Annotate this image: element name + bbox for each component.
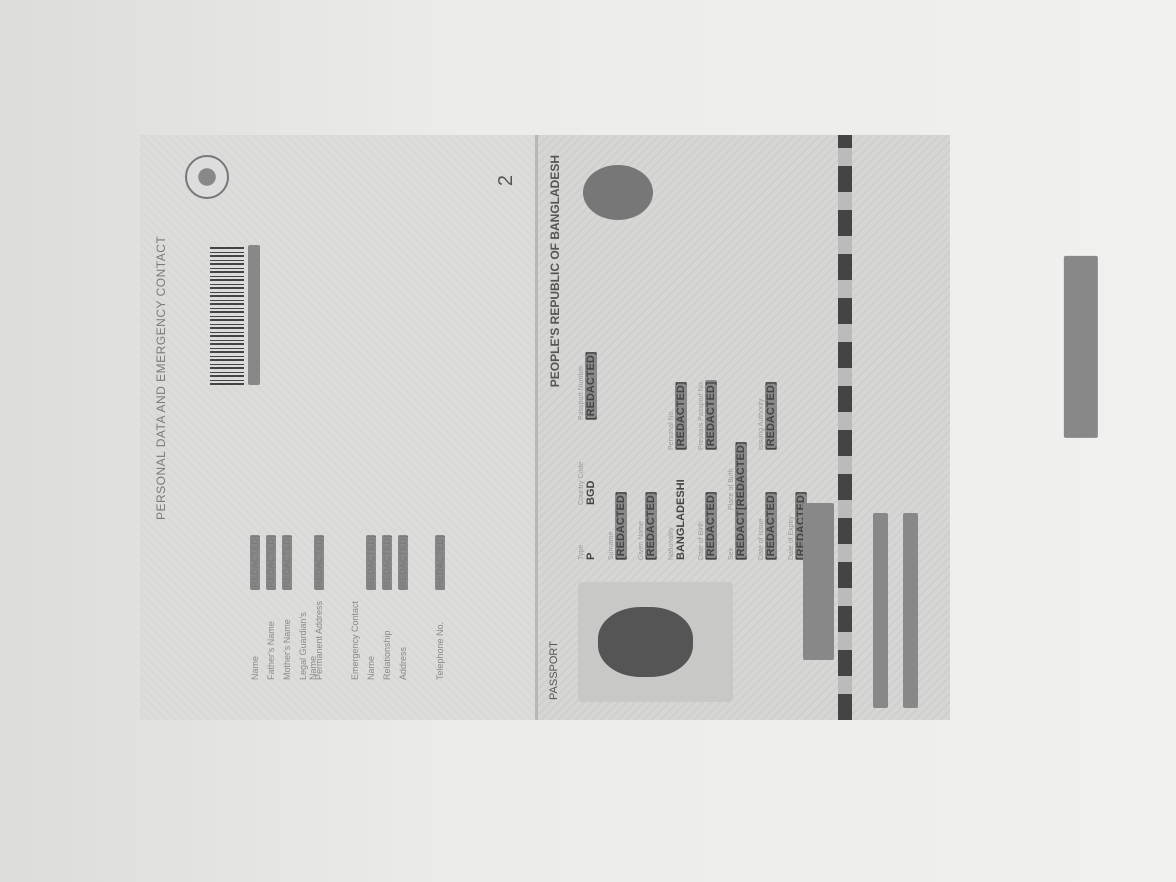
redacted-value: [REDACTED] xyxy=(266,535,276,590)
mrz-line-2: [MRZ LINE 2 REDACTED] xyxy=(903,513,918,708)
redacted-value: [REDACTED] xyxy=(282,535,292,590)
redacted-value: [REDACTED] xyxy=(366,535,376,590)
handwritten-signature: [REDACTED] xyxy=(1064,256,1098,438)
field-date-of-birth: Date of Birth[REDACTED] xyxy=(698,492,717,560)
security-band xyxy=(838,135,852,720)
field-place-of-birth: Place of Birth[REDACTED] xyxy=(728,442,747,510)
ghost-photo xyxy=(583,165,653,220)
field-nationality: NationalityBANGLADESHI xyxy=(668,479,687,560)
field-type: TypeP xyxy=(578,545,597,560)
field-row: Address[REDACTED] xyxy=(398,535,408,680)
mrz-line-1: [MRZ LINE 1 REDACTED] xyxy=(873,513,888,708)
redacted-value: [REDACTED] xyxy=(314,535,324,590)
holder-photo-redacted xyxy=(578,582,733,702)
field-row: Name[REDACTED] xyxy=(250,535,260,680)
barcode xyxy=(210,245,244,385)
field-row: Father's Name[REDACTED] xyxy=(266,535,276,680)
field-date-of-issue: Date of Issue[REDACTED] xyxy=(758,492,777,560)
redacted-value: [REDACTED] xyxy=(250,535,260,590)
passport-header: PASSPORT xyxy=(548,641,560,700)
passport-bio-page: PASSPORT PEOPLE'S REPUBLIC OF BANGLADESH… xyxy=(538,135,950,720)
field-given-name: Given Name[REDACTED] xyxy=(638,492,657,560)
field-row: Mother's Name[REDACTED] xyxy=(282,535,292,680)
field-issuing-authority: Issuing Authority[REDACTED] xyxy=(758,382,777,450)
field-row: Telephone No.[REDACTED] xyxy=(435,535,445,680)
barcode-number: [REDACTED] xyxy=(248,245,260,385)
passport-scan: PERSONAL DATA AND EMERGENCY CONTACT Name… xyxy=(140,135,950,720)
issuing-country: PEOPLE'S REPUBLIC OF BANGLADESH xyxy=(548,155,562,387)
field-row: Emergency Contact xyxy=(350,590,360,680)
personal-data-page: PERSONAL DATA AND EMERGENCY CONTACT Name… xyxy=(140,135,538,720)
holder-signature: [REDACTED] xyxy=(803,503,834,660)
redacted-value: [REDACTED] xyxy=(382,535,392,590)
field-passport-number: Passport Number[REDACTED] xyxy=(578,352,597,420)
page-number: 2 xyxy=(495,175,518,186)
field-row: Permanent Address[REDACTED] xyxy=(314,535,324,680)
redacted-value: [REDACTED] xyxy=(398,535,408,590)
national-emblem-icon xyxy=(185,155,229,199)
field-surname: Surname[REDACTED] xyxy=(608,492,627,560)
personal-page-title: PERSONAL DATA AND EMERGENCY CONTACT xyxy=(154,236,168,520)
field-personal-no: Personal No.[REDACTED] xyxy=(668,382,687,450)
field-country-code: Country CodeBGD xyxy=(578,462,597,505)
field-previous-passport: Previous Passport No.[REDACTED] xyxy=(698,380,717,450)
field-row: Relationship[REDACTED] xyxy=(382,535,392,680)
redacted-value: [REDACTED] xyxy=(435,535,445,590)
field-row: Name[REDACTED] xyxy=(366,535,376,680)
